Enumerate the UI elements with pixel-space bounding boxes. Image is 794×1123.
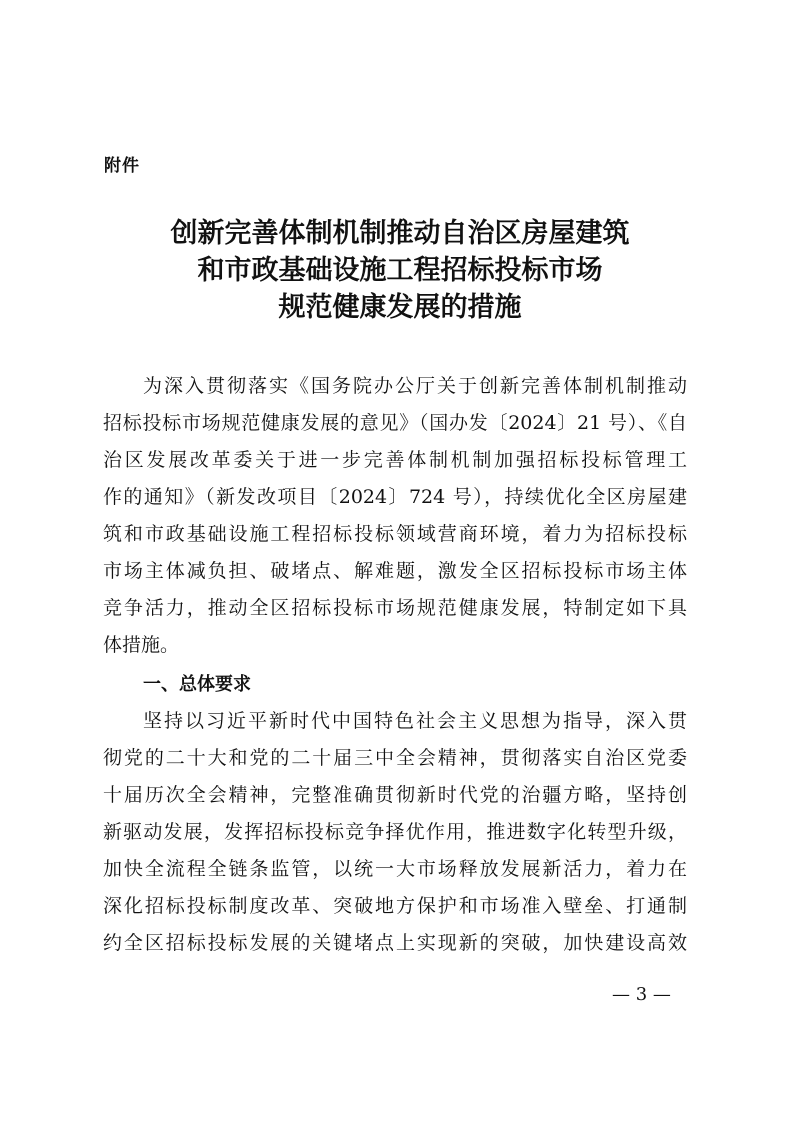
paragraph-line: 新驱动发展，发挥招标投标竞争择优作用，推进数字化转型升级， [103,814,687,851]
paragraph-line: 深化招标投标制度改革、突破地方保护和市场准入壁垒、打通制 [103,888,687,925]
document-page: 附件 创新完善体制机制推动自治区房屋建筑 和市政基础设施工程招标投标市场 规范健… [0,0,794,1123]
paragraph-line: 竞争活力，推动全区招标投标市场规范健康发展，特制定如下具 [103,590,687,627]
paragraph-line: 彻党的二十大和党的二十届三中全会精神，贯彻落实自治区党委 [103,740,687,777]
paragraph-line: 坚持以习近平新时代中国特色社会主义思想为指导，深入贯 [103,703,687,740]
title-line: 创新完善体制机制推动自治区房屋建筑 [100,215,700,252]
paragraph-line: 约全区招标投标发展的关键堵点上实现新的突破，加快建设高效 [103,925,687,962]
paragraph-line: 治区发展改革委关于进一步完善体制机制加强招标投标管理工 [103,442,687,479]
paragraph-line: 十届历次全会精神，完整准确贯彻新时代党的治疆方略，坚持创 [103,777,687,814]
attachment-label: 附件 [104,151,140,176]
paragraph-line: 体措施。 [103,627,687,664]
paragraph-line: 招标投标市场规范健康发展的意见》（国办发〔2024〕21 号）、《自 [103,405,687,442]
section-heading: 一、总体要求 [143,666,251,703]
page-number: — 3 — [612,984,671,1005]
title-line: 和市政基础设施工程招标投标市场 [100,252,700,289]
title-line: 规范健康发展的措施 [100,289,700,326]
paragraph-line: 筑和市政基础设施工程招标投标领域营商环境，着力为招标投标 [103,516,687,553]
paragraph-line: 作的通知》（新发改项目〔2024〕724 号），持续优化全区房屋建 [103,479,687,516]
document-title: 创新完善体制机制推动自治区房屋建筑 和市政基础设施工程招标投标市场 规范健康发展… [100,215,700,326]
paragraph-line: 为深入贯彻落实《国务院办公厅关于创新完善体制机制推动 [103,368,687,405]
paragraph-line: 加快全流程全链条监管，以统一大市场释放发展新活力，着力在 [103,851,687,888]
paragraph-line: 市场主体减负担、破堵点、解难题，激发全区招标投标市场主体 [103,553,687,590]
